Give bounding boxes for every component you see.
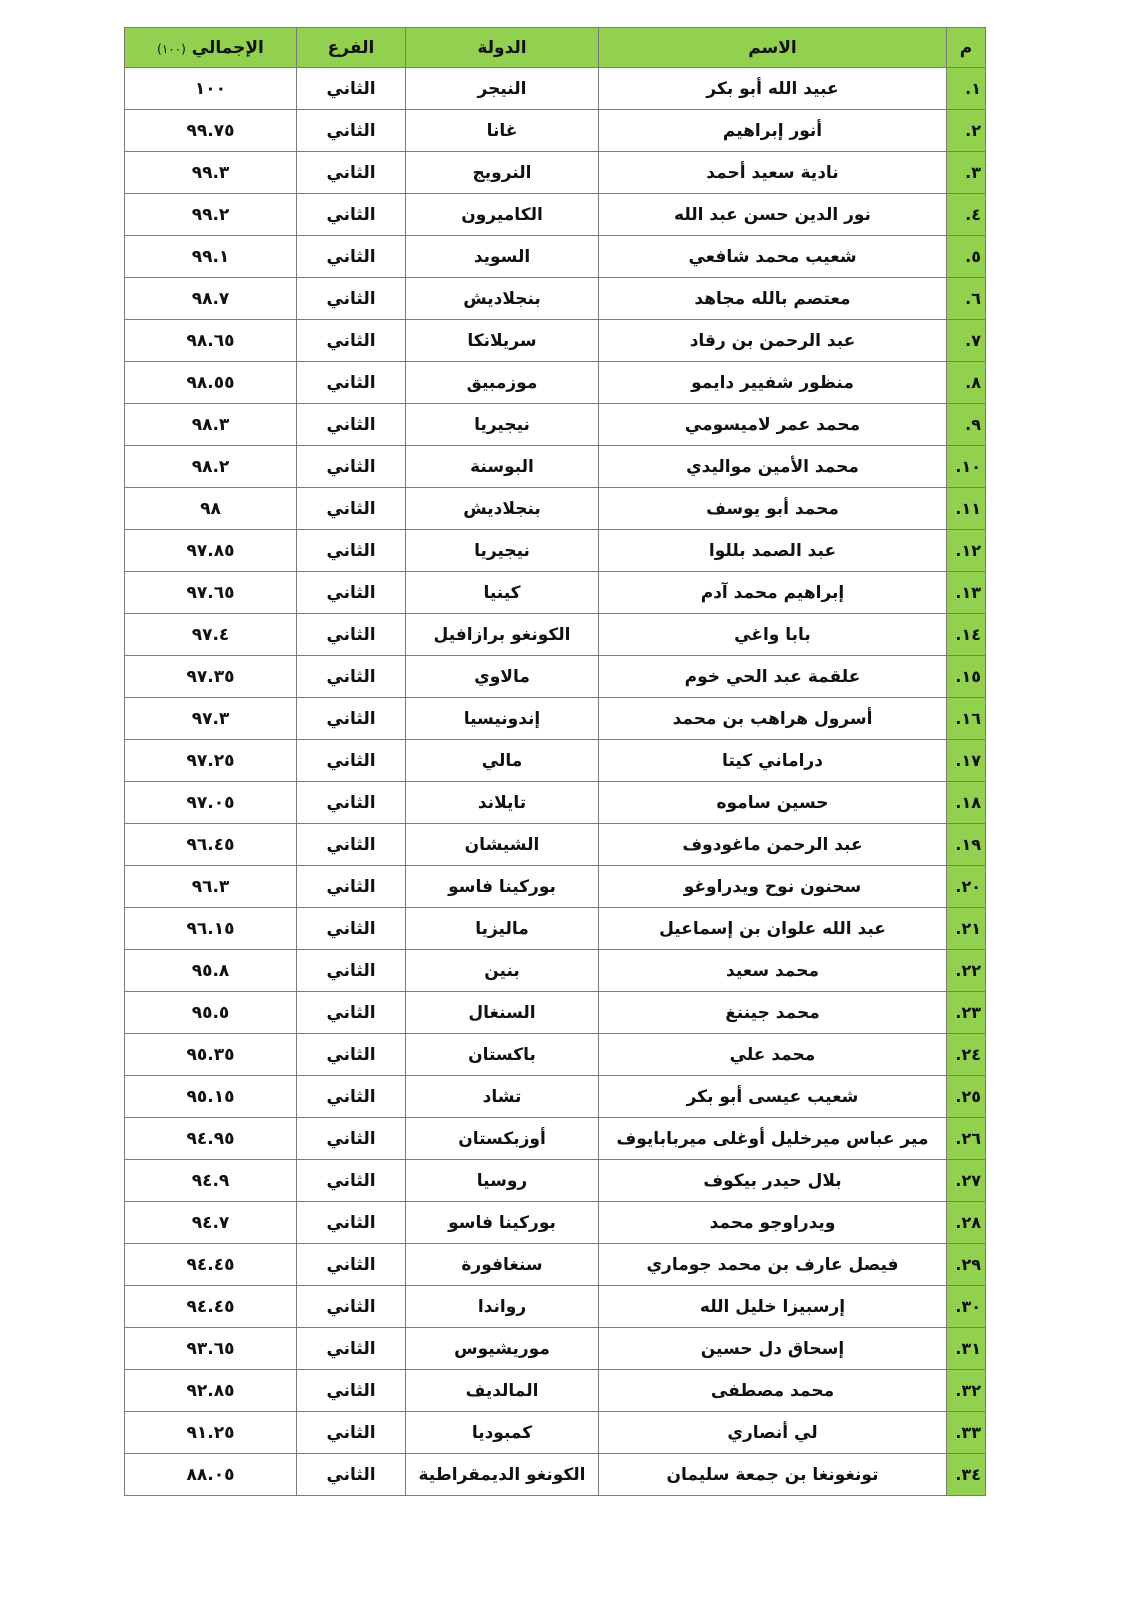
student-name: بلال حيدر بيكوف xyxy=(599,1160,947,1202)
table-row: ٢٣.محمد جيننغالسنغالالثاني٩٥.٥ xyxy=(125,992,986,1034)
country: مالي xyxy=(406,740,599,782)
student-name: شعيب عيسى أبو بكر xyxy=(599,1076,947,1118)
table-row: ٣٠.إرسبيزا خليل اللهروانداالثاني٩٤.٤٥ xyxy=(125,1286,986,1328)
country: رواندا xyxy=(406,1286,599,1328)
row-number: ٣٠. xyxy=(947,1286,986,1328)
student-name: نور الدين حسن عبد الله xyxy=(599,194,947,236)
country: روسيا xyxy=(406,1160,599,1202)
country: سريلانكا xyxy=(406,320,599,362)
total-score: ٩٦.١٥ xyxy=(125,908,297,950)
student-name: لي أنصاري xyxy=(599,1412,947,1454)
student-name: حسين ساموه xyxy=(599,782,947,824)
student-name: أنور إبراهيم xyxy=(599,110,947,152)
table-row: ٣.نادية سعيد أحمدالنرويجالثاني٩٩.٣ xyxy=(125,152,986,194)
table-row: ٣٢.محمد مصطفىالمالديفالثاني٩٢.٨٥ xyxy=(125,1370,986,1412)
branch: الثاني xyxy=(297,1076,406,1118)
country: تشاد xyxy=(406,1076,599,1118)
branch: الثاني xyxy=(297,1244,406,1286)
row-number: ٣١. xyxy=(947,1328,986,1370)
total-score: ٩٨.٥٥ xyxy=(125,362,297,404)
branch: الثاني xyxy=(297,1202,406,1244)
total-score: ٩٥.٣٥ xyxy=(125,1034,297,1076)
total-score: ٩٥.٨ xyxy=(125,950,297,992)
row-number: ١٠. xyxy=(947,446,986,488)
table-row: ٢٥.شعيب عيسى أبو بكرتشادالثاني٩٥.١٥ xyxy=(125,1076,986,1118)
branch: الثاني xyxy=(297,1034,406,1076)
branch: الثاني xyxy=(297,740,406,782)
branch: الثاني xyxy=(297,236,406,278)
row-number: ١١. xyxy=(947,488,986,530)
table-row: ٢٦.مير عباس ميرخليل أوغلى ميربابايوفأوزب… xyxy=(125,1118,986,1160)
total-score: ٩٧.٤ xyxy=(125,614,297,656)
total-score: ٩٩.١ xyxy=(125,236,297,278)
total-score: ٩٩.٧٥ xyxy=(125,110,297,152)
table-row: ٢١.عبد الله علوان بن إسماعيلماليزياالثان… xyxy=(125,908,986,950)
student-name: محمد مصطفى xyxy=(599,1370,947,1412)
student-name: إسحاق دل حسين xyxy=(599,1328,947,1370)
table-row: ١١.محمد أبو يوسفبنجلاديشالثاني٩٨ xyxy=(125,488,986,530)
total-score: ٩٧.٢٥ xyxy=(125,740,297,782)
branch: الثاني xyxy=(297,950,406,992)
table-row: ٣١.إسحاق دل حسينموريشيوسالثاني٩٣.٦٥ xyxy=(125,1328,986,1370)
row-number: ٤. xyxy=(947,194,986,236)
total-score: ٩٤.٩٥ xyxy=(125,1118,297,1160)
student-name: شعيب محمد شافعي xyxy=(599,236,947,278)
student-name: محمد علي xyxy=(599,1034,947,1076)
total-score: ٩٨.٣ xyxy=(125,404,297,446)
table-row: ١٣.إبراهيم محمد آدمكينياالثاني٩٧.٦٥ xyxy=(125,572,986,614)
total-score: ٩٨.٦٥ xyxy=(125,320,297,362)
branch: الثاني xyxy=(297,404,406,446)
branch: الثاني xyxy=(297,1370,406,1412)
total-score: ٩٨ xyxy=(125,488,297,530)
branch: الثاني xyxy=(297,992,406,1034)
row-number: ٢١. xyxy=(947,908,986,950)
row-number: ٥. xyxy=(947,236,986,278)
branch: الثاني xyxy=(297,1328,406,1370)
student-name: عبد الصمد بللوا xyxy=(599,530,947,572)
row-number: ١٥. xyxy=(947,656,986,698)
table-row: ١٧.دراماني كيتاماليالثاني٩٧.٢٥ xyxy=(125,740,986,782)
row-number: ٣٤. xyxy=(947,1454,986,1496)
student-name: علقمة عبد الحي خوم xyxy=(599,656,947,698)
branch: الثاني xyxy=(297,194,406,236)
student-name: إبراهيم محمد آدم xyxy=(599,572,947,614)
branch: الثاني xyxy=(297,488,406,530)
row-number: ٣٣. xyxy=(947,1412,986,1454)
total-score: ٩١.٢٥ xyxy=(125,1412,297,1454)
total-score: ٩٧.٦٥ xyxy=(125,572,297,614)
row-number: ٦. xyxy=(947,278,986,320)
table-row: ١٠.محمد الأمين مواليديالبوسنةالثاني٩٨.٢ xyxy=(125,446,986,488)
country: النرويج xyxy=(406,152,599,194)
student-name: دراماني كيتا xyxy=(599,740,947,782)
total-score: ٩٥.٥ xyxy=(125,992,297,1034)
student-name: سحنون نوح ويدراوغو xyxy=(599,866,947,908)
row-number: ٢٤. xyxy=(947,1034,986,1076)
student-name: عبد الرحمن ماغودوف xyxy=(599,824,947,866)
country: أوزبكستان xyxy=(406,1118,599,1160)
student-name: بابا واغي xyxy=(599,614,947,656)
table-row: ١.عبيد الله أبو بكرالنيجرالثاني١٠٠ xyxy=(125,68,986,110)
row-number: ٣. xyxy=(947,152,986,194)
row-number: ٢٣. xyxy=(947,992,986,1034)
country: الكونغو برازافيل xyxy=(406,614,599,656)
country: البوسنة xyxy=(406,446,599,488)
row-number: ٨. xyxy=(947,362,986,404)
table-row: ٢٢.محمد سعيدبنينالثاني٩٥.٨ xyxy=(125,950,986,992)
branch: الثاني xyxy=(297,446,406,488)
table-row: ٢٧.بلال حيدر بيكوفروسياالثاني٩٤.٩ xyxy=(125,1160,986,1202)
table-row: ٧.عبد الرحمن بن رقادسريلانكاالثاني٩٨.٦٥ xyxy=(125,320,986,362)
student-name: مير عباس ميرخليل أوغلى ميربابايوف xyxy=(599,1118,947,1160)
row-number: ١٢. xyxy=(947,530,986,572)
total-score: ٩٦.٤٥ xyxy=(125,824,297,866)
row-number: ١. xyxy=(947,68,986,110)
total-score: ٩٥.١٥ xyxy=(125,1076,297,1118)
student-name: أسرول هراهب بن محمد xyxy=(599,698,947,740)
table-row: ٢٨.ويدراوجو محمدبوركينا فاسوالثاني٩٤.٧ xyxy=(125,1202,986,1244)
total-score: ٩٧.٣ xyxy=(125,698,297,740)
row-number: ١٩. xyxy=(947,824,986,866)
results-table: م الاسم الدولة الفرع الإجمالي (١٠٠) ١.عب… xyxy=(124,27,986,1496)
row-number: ٢٥. xyxy=(947,1076,986,1118)
row-number: ١٧. xyxy=(947,740,986,782)
row-number: ٢٠. xyxy=(947,866,986,908)
total-score: ٨٨.٠٥ xyxy=(125,1454,297,1496)
student-name: ويدراوجو محمد xyxy=(599,1202,947,1244)
country: نيجيريا xyxy=(406,404,599,446)
country: إندونيسيا xyxy=(406,698,599,740)
total-score: ٩٦.٣ xyxy=(125,866,297,908)
country: المالديف xyxy=(406,1370,599,1412)
total-score: ٩٧.٠٥ xyxy=(125,782,297,824)
row-number: ٧. xyxy=(947,320,986,362)
table-row: ٨.منظور شفيير دايموموزمبيقالثاني٩٨.٥٥ xyxy=(125,362,986,404)
country: موريشيوس xyxy=(406,1328,599,1370)
branch: الثاني xyxy=(297,320,406,362)
student-name: معتصم بالله مجاهد xyxy=(599,278,947,320)
country: السويد xyxy=(406,236,599,278)
branch: الثاني xyxy=(297,866,406,908)
student-name: عبد الرحمن بن رقاد xyxy=(599,320,947,362)
branch: الثاني xyxy=(297,698,406,740)
table-row: ١٤.بابا واغيالكونغو برازافيلالثاني٩٧.٤ xyxy=(125,614,986,656)
total-score: ٩٤.٤٥ xyxy=(125,1244,297,1286)
branch: الثاني xyxy=(297,278,406,320)
branch: الثاني xyxy=(297,68,406,110)
student-name: فيصل عارف بن محمد جوماري xyxy=(599,1244,947,1286)
student-name: نادية سعيد أحمد xyxy=(599,152,947,194)
country: بنجلاديش xyxy=(406,488,599,530)
table-row: ١٩.عبد الرحمن ماغودوفالشيشانالثاني٩٦.٤٥ xyxy=(125,824,986,866)
table-row: ١٢.عبد الصمد بللوانيجيرياالثاني٩٧.٨٥ xyxy=(125,530,986,572)
row-number: ٢٢. xyxy=(947,950,986,992)
row-number: ٣٢. xyxy=(947,1370,986,1412)
total-score: ٩٨.٢ xyxy=(125,446,297,488)
student-name: محمد سعيد xyxy=(599,950,947,992)
country: كينيا xyxy=(406,572,599,614)
branch: الثاني xyxy=(297,614,406,656)
table-row: ٣٤.تونغونغا بن جمعة سليمانالكونغو الديمق… xyxy=(125,1454,986,1496)
branch: الثاني xyxy=(297,152,406,194)
total-score: ٩٨.٧ xyxy=(125,278,297,320)
row-number: ٢٨. xyxy=(947,1202,986,1244)
branch: الثاني xyxy=(297,362,406,404)
country: الشيشان xyxy=(406,824,599,866)
table-row: ٤.نور الدين حسن عبد اللهالكاميرونالثاني٩… xyxy=(125,194,986,236)
branch: الثاني xyxy=(297,656,406,698)
country: السنغال xyxy=(406,992,599,1034)
table-row: ١٨.حسين ساموهتايلاندالثاني٩٧.٠٥ xyxy=(125,782,986,824)
country: كمبوديا xyxy=(406,1412,599,1454)
branch: الثاني xyxy=(297,824,406,866)
row-number: ٩. xyxy=(947,404,986,446)
branch: الثاني xyxy=(297,110,406,152)
total-score: ٩٩.٢ xyxy=(125,194,297,236)
country: باكستان xyxy=(406,1034,599,1076)
branch: الثاني xyxy=(297,530,406,572)
branch: الثاني xyxy=(297,1286,406,1328)
student-name: تونغونغا بن جمعة سليمان xyxy=(599,1454,947,1496)
row-number: ٢٩. xyxy=(947,1244,986,1286)
country: سنغافورة xyxy=(406,1244,599,1286)
student-name: محمد جيننغ xyxy=(599,992,947,1034)
header-total-suffix: (١٠٠) xyxy=(157,42,186,56)
country: نيجيريا xyxy=(406,530,599,572)
header-total-label: الإجمالي xyxy=(192,38,264,58)
table-row: ٢.أنور إبراهيمغاناالثاني٩٩.٧٥ xyxy=(125,110,986,152)
header-name: الاسم xyxy=(599,28,947,68)
branch: الثاني xyxy=(297,782,406,824)
header-branch: الفرع xyxy=(297,28,406,68)
header-country: الدولة xyxy=(406,28,599,68)
country: ماليزيا xyxy=(406,908,599,950)
total-score: ٩٧.٨٥ xyxy=(125,530,297,572)
branch: الثاني xyxy=(297,1412,406,1454)
total-score: ٩٧.٣٥ xyxy=(125,656,297,698)
country: بوركينا فاسو xyxy=(406,866,599,908)
header-row: م الاسم الدولة الفرع الإجمالي (١٠٠) xyxy=(125,28,986,68)
branch: الثاني xyxy=(297,908,406,950)
header-total: الإجمالي (١٠٠) xyxy=(125,28,297,68)
country: تايلاند xyxy=(406,782,599,824)
header-num: م xyxy=(947,28,986,68)
country: موزمبيق xyxy=(406,362,599,404)
branch: الثاني xyxy=(297,1118,406,1160)
row-number: ٢٦. xyxy=(947,1118,986,1160)
total-score: ٩٤.٩ xyxy=(125,1160,297,1202)
branch: الثاني xyxy=(297,572,406,614)
country: مالاوي xyxy=(406,656,599,698)
row-number: ١٣. xyxy=(947,572,986,614)
branch: الثاني xyxy=(297,1454,406,1496)
country: بوركينا فاسو xyxy=(406,1202,599,1244)
student-name: محمد الأمين مواليدي xyxy=(599,446,947,488)
student-name: عبيد الله أبو بكر xyxy=(599,68,947,110)
country: غانا xyxy=(406,110,599,152)
branch: الثاني xyxy=(297,1160,406,1202)
total-score: ٩٤.٧ xyxy=(125,1202,297,1244)
table-row: ١٦.أسرول هراهب بن محمدإندونيسياالثاني٩٧.… xyxy=(125,698,986,740)
student-name: منظور شفيير دايمو xyxy=(599,362,947,404)
table-row: ١٥.علقمة عبد الحي خوممالاويالثاني٩٧.٣٥ xyxy=(125,656,986,698)
student-name: محمد عمر لاميسومي xyxy=(599,404,947,446)
table-row: ٣٣.لي أنصاريكمبودياالثاني٩١.٢٥ xyxy=(125,1412,986,1454)
table-row: ٩.محمد عمر لاميسومينيجيرياالثاني٩٨.٣ xyxy=(125,404,986,446)
table-body: ١.عبيد الله أبو بكرالنيجرالثاني١٠٠٢.أنور… xyxy=(125,68,986,1496)
table-row: ٦.معتصم بالله مجاهدبنجلاديشالثاني٩٨.٧ xyxy=(125,278,986,320)
student-name: إرسبيزا خليل الله xyxy=(599,1286,947,1328)
row-number: ١٨. xyxy=(947,782,986,824)
total-score: ٩٤.٤٥ xyxy=(125,1286,297,1328)
total-score: ٩٣.٦٥ xyxy=(125,1328,297,1370)
document-page: م الاسم الدولة الفرع الإجمالي (١٠٠) ١.عب… xyxy=(0,0,1131,1600)
row-number: ٢. xyxy=(947,110,986,152)
country: النيجر xyxy=(406,68,599,110)
student-name: عبد الله علوان بن إسماعيل xyxy=(599,908,947,950)
table-row: ٢٠.سحنون نوح ويدراوغوبوركينا فاسوالثاني٩… xyxy=(125,866,986,908)
table-row: ٢٤.محمد عليباكستانالثاني٩٥.٣٥ xyxy=(125,1034,986,1076)
total-score: ١٠٠ xyxy=(125,68,297,110)
student-name: محمد أبو يوسف xyxy=(599,488,947,530)
table-row: ٢٩.فيصل عارف بن محمد جوماريسنغافورةالثان… xyxy=(125,1244,986,1286)
country: بنين xyxy=(406,950,599,992)
row-number: ١٦. xyxy=(947,698,986,740)
total-score: ٩٩.٣ xyxy=(125,152,297,194)
row-number: ٢٧. xyxy=(947,1160,986,1202)
row-number: ١٤. xyxy=(947,614,986,656)
country: الكاميرون xyxy=(406,194,599,236)
table-row: ٥.شعيب محمد شافعيالسويدالثاني٩٩.١ xyxy=(125,236,986,278)
country: الكونغو الديمقراطية xyxy=(406,1454,599,1496)
country: بنجلاديش xyxy=(406,278,599,320)
total-score: ٩٢.٨٥ xyxy=(125,1370,297,1412)
